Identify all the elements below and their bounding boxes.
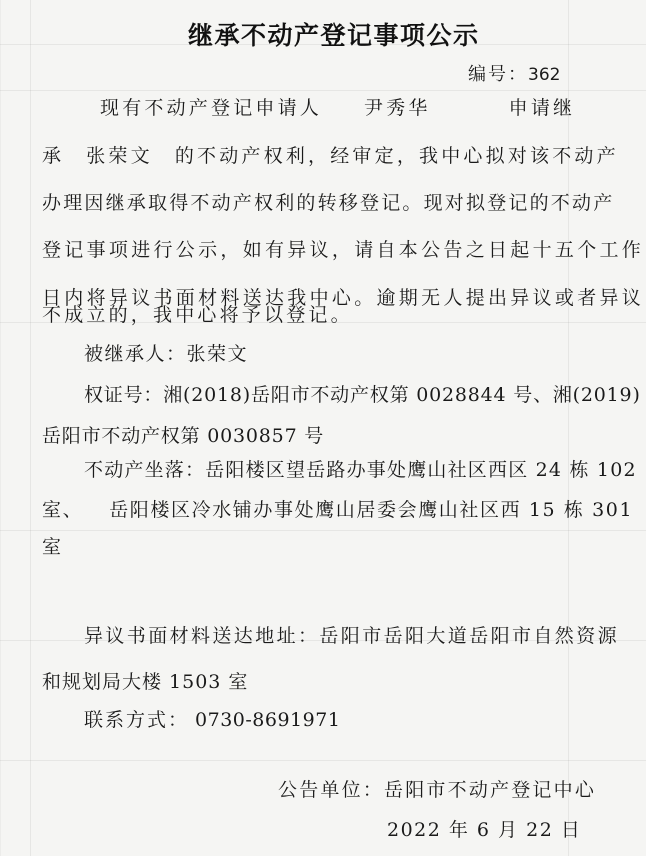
body-line-4: 登记事项进行公示，如有异议，请自本公告之日起十五个工作: [42, 238, 644, 262]
body-line-1: 现有不动产登记申请人尹秀华申请继: [100, 96, 575, 120]
ghost-rule: [0, 530, 646, 531]
issuer-value: 岳阳市不动产登记中心: [384, 779, 596, 801]
serial-label: 编号：: [468, 64, 528, 85]
location-field-line-3: 室: [42, 535, 64, 559]
issuer: 公告单位：岳阳市不动产登记中心: [278, 778, 596, 802]
cert-label: 权证号：: [84, 384, 163, 406]
location-field-line-1: 不动产坐落：岳阳楼区望岳路办事处鹰山社区西区 24 栋 102: [84, 458, 637, 482]
objection-address-line-1: 异议书面材料送达地址：岳阳市岳阳大道岳阳市自然资源: [84, 624, 619, 648]
publish-date: 2022 年 6 月 22 日: [387, 818, 581, 842]
location-field-line-2: 室、岳阳楼区冷水铺办事处鹰山居委会鹰山社区西 15 栋 301: [42, 498, 633, 522]
decedent-field: 被继承人：张荣文: [84, 342, 248, 366]
ghost-rule: [0, 760, 646, 761]
issuer-label: 公告单位：: [278, 779, 384, 801]
contact-label: 联系方式：: [84, 709, 189, 731]
page-title: 继承不动产登记事项公示: [188, 16, 480, 52]
objection-address-line-2: 和规划局大楼 1503 室: [42, 670, 248, 694]
objection-label: 异议书面材料送达地址：: [84, 625, 319, 647]
cert-field-line-1: 权证号：湘(2018)岳阳市不动产权第 0028844 号、湘(2019): [84, 383, 641, 407]
location-value: 室、: [42, 499, 83, 521]
cert-field-line-2: 岳阳市不动产权第 0030857 号: [42, 424, 324, 448]
scanned-page: 继承不动产登记事项公示 编号：362 现有不动产登记申请人尹秀华申请继 承张荣文…: [0, 0, 646, 856]
body-text: 申请继: [509, 97, 576, 119]
objection-value: 岳阳市岳阳大道岳阳市自然资源: [319, 625, 619, 647]
ghost-rule: [0, 90, 646, 91]
decedent-label: 被继承人：: [84, 343, 187, 365]
ghost-rule: [568, 0, 569, 856]
body-line-2: 承张荣文的不动产权利，经审定，我中心拟对该不动产: [42, 144, 619, 168]
decedent-value: 张荣文: [187, 343, 249, 365]
decedent-name-inline: 张荣文: [86, 145, 153, 167]
ghost-rule: [30, 0, 31, 856]
body-text: 的不动产权利，经审定，我中心拟对该不动产: [175, 145, 619, 167]
serial-number: 编号：362: [468, 60, 560, 86]
contact-value: 0730-8691971: [195, 709, 340, 731]
cert-value: 湘(2018)岳阳市不动产权第 0028844 号、湘(2019): [163, 384, 640, 406]
contact-field: 联系方式：0730-8691971: [84, 708, 340, 732]
location-value: 岳阳楼区冷水铺办事处鹰山居委会鹰山社区西 15 栋 301: [109, 499, 633, 521]
serial-value: 362: [528, 65, 560, 85]
location-value: 岳阳楼区望岳路办事处鹰山社区西区 24 栋 102: [205, 459, 637, 481]
location-label: 不动产坐落：: [84, 459, 205, 481]
applicant-name: 尹秀华: [364, 97, 431, 119]
body-line-3: 办理因继承取得不动产权利的转移登记。现对拟登记的不动产: [42, 191, 614, 215]
body-text: 现有不动产登记申请人: [100, 97, 322, 119]
body-text: 承: [42, 145, 64, 167]
body-line-6-text: 不成立的，我中心将予以登记。: [42, 303, 353, 327]
